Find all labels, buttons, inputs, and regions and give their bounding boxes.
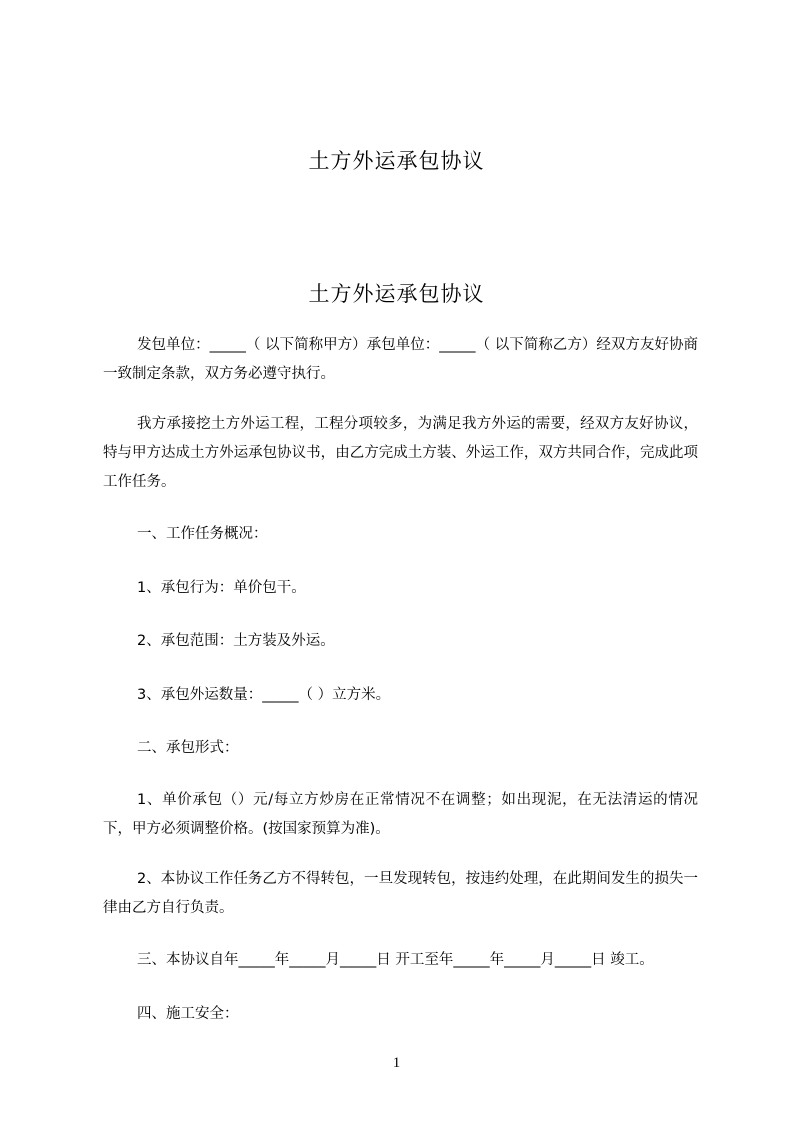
section-1-heading: 一、工作任务概况： <box>137 522 268 543</box>
section-2-item-2: 2、本协议工作任务乙方不得转包，一旦发现转包，按违约处理，在此期间发生的损失一律… <box>103 865 698 923</box>
section-2-item-1: 1、单价承包（）元/每立方炒房在正常情况不在调整；如出现泥，在无法清运的情况下，… <box>103 786 698 844</box>
page-number: 1 <box>0 1055 793 1072</box>
section-1-item-3: 3、承包外运数量：_____（ ）立方米。 <box>137 683 390 704</box>
section-2-heading: 二、承包形式： <box>137 736 239 757</box>
section-1-item-2: 2、承包范围：土方装及外运。 <box>137 629 335 650</box>
cover-title: 土方外运承包协议 <box>0 145 793 175</box>
parties-paragraph: 发包单位：_____（ 以下简称甲方）承包单位：_____（ 以下简称乙方）经双… <box>103 331 698 389</box>
section-4-heading: 四、施工安全： <box>137 1002 239 1023</box>
section-3-dates: 三、本协议自年_____年_____月_____日 开工至年_____年____… <box>137 948 654 969</box>
intro-paragraph: 我方承接挖土方外运工程，工程分项较多，为满足我方外运的需要，经双方友好协议，特与… <box>103 410 698 497</box>
section-1-item-1: 1、承包行为：单价包干。 <box>137 576 306 597</box>
document-title: 土方外运承包协议 <box>0 278 793 308</box>
